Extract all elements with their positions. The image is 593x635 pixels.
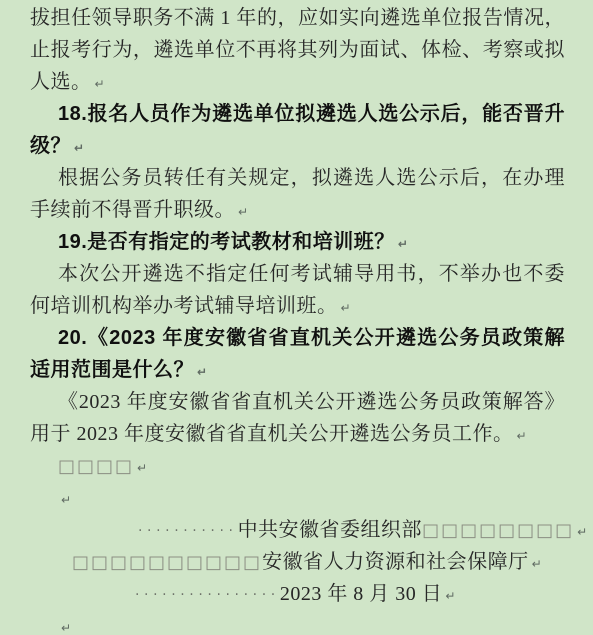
paragraph-mark-icon: ↵ <box>197 365 207 379</box>
answer18-line2: 手续前不得晋升职级。↵ <box>30 194 593 226</box>
missing-glyph-boxes: □□□□ <box>58 456 134 477</box>
paragraph-mark-icon: ↵ <box>74 141 84 155</box>
answer20-line1: 《2023 年度安徽省省直机关公开遴选公务员政策解答》仅适 <box>58 386 565 418</box>
missing-glyph-boxes: □□□□□□□□□□ <box>72 552 262 573</box>
line-text: 本次公开遴选不指定任何考试辅导用书，不举办也不委托任 <box>58 263 565 290</box>
question18-line1: 18.报名人员作为遴选单位拟遴选人选公示后，能否晋升职 <box>58 98 565 130</box>
paragraph-mark-icon: ↵ <box>532 557 542 571</box>
question20-line1: 20.《2023 年度安徽省省直机关公开遴选公务员政策解答》的 <box>58 322 565 354</box>
question20-line2: 适用范围是什么？↵ <box>30 354 593 386</box>
space-dots-mark: ··········· <box>138 523 238 539</box>
line-text: 用于 2023 年度安徽省省直机关公开遴选公务员工作。 <box>30 423 514 445</box>
line-text: 19.是否有指定的考试教材和培训班？ <box>58 231 395 253</box>
paragraph-mark-icon: ↵ <box>517 429 527 443</box>
paragraph-mark-icon: ↵ <box>137 461 147 475</box>
line-text: 中共安徽省委组织部 <box>238 519 423 541</box>
question19: 19.是否有指定的考试教材和培训班？↵ <box>58 226 593 258</box>
answer19-line2: 何培训机构举办考试辅导培训班。↵ <box>30 290 593 322</box>
line-text: 人选。 <box>30 71 92 93</box>
line-text: 拔担任领导职务不满 1 年的，应如实向遴选单位报告情况，并中 <box>30 7 565 34</box>
paragraph-mark-icon: ↵ <box>398 237 408 251</box>
line-text: 级？ <box>30 135 71 157</box>
line-text: 根据公务员转任有关规定，拟遴选人选公示后，在办理转任 <box>58 167 565 194</box>
paragraph-mark-icon: ↵ <box>61 621 71 635</box>
paragraph-mark-icon: ↵ <box>341 301 351 315</box>
answer19-line1: 本次公开遴选不指定任何考试辅导用书，不举办也不委托任 <box>58 258 565 290</box>
trailing-empty-line: ↵ <box>58 610 593 635</box>
answer20-line2: 用于 2023 年度安徽省省直机关公开遴选公务员工作。↵ <box>30 418 593 450</box>
paragraph-mark-icon: ↵ <box>445 589 455 603</box>
answer17-line1: 拔担任领导职务不满 1 年的，应如实向遴选单位报告情况，并中 <box>30 2 565 34</box>
line-text: 止报考行为，遴选单位不再将其列为面试、体检、考察或拟遴选 <box>30 39 565 66</box>
question18-line2: 级？↵ <box>30 130 593 162</box>
paragraph-mark-icon: ↵ <box>95 77 105 91</box>
placeholder-boxes-line: □□□□↵ <box>58 450 593 482</box>
line-text: 18.报名人员作为遴选单位拟遴选人选公示后，能否晋升职 <box>58 103 565 130</box>
signature-org-2: □□□□□□□□□□安徽省人力资源和社会保障厅↵ <box>72 546 593 578</box>
line-text: 适用范围是什么？ <box>30 359 194 381</box>
line-text: 《2023 年度安徽省省直机关公开遴选公务员政策解答》仅适 <box>58 391 565 418</box>
answer17-line2: 止报考行为，遴选单位不再将其列为面试、体检、考察或拟遴选 <box>30 34 565 66</box>
line-text: 手续前不得晋升职级。 <box>30 199 235 221</box>
space-dots-mark: ················ <box>135 587 280 603</box>
empty-line: ↵ <box>58 482 593 514</box>
document-page[interactable]: 拔担任领导职务不满 1 年的，应如实向遴选单位报告情况，并中止报考行为，遴选单位… <box>0 0 593 635</box>
answer17-line3: 人选。↵ <box>30 66 593 98</box>
paragraph-mark-icon: ↵ <box>61 493 71 507</box>
paragraph-mark-icon: ↵ <box>238 205 248 219</box>
line-text: 2023 年 8 月 30 日 <box>280 583 443 605</box>
signature-date: ················2023 年 8 月 30 日↵ <box>135 578 593 610</box>
signature-org-1: ···········中共安徽省委组织部□□□□□□□□↵ <box>138 514 593 546</box>
paragraph-mark-icon: ↵ <box>577 525 587 539</box>
line-text: 20.《2023 年度安徽省省直机关公开遴选公务员政策解答》的 <box>58 327 565 354</box>
line-text: 安徽省人力资源和社会保障厅 <box>262 551 529 573</box>
missing-glyph-boxes: □□□□□□□□ <box>422 520 574 541</box>
line-text: 何培训机构举办考试辅导培训班。 <box>30 295 338 317</box>
answer18-line1: 根据公务员转任有关规定，拟遴选人选公示后，在办理转任 <box>58 162 565 194</box>
